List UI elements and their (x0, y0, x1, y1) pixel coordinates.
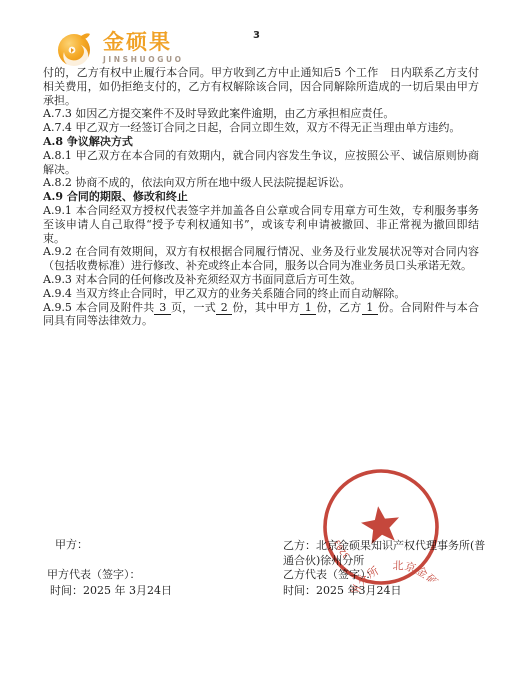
company-logo: 金硕果 JINSHUOGUO (55, 28, 184, 68)
paragraph: 付的，乙方有权中止履行本合同。甲方收到乙方中止通知后5 个工作 日内联系乙方支付… (43, 66, 479, 107)
paragraph: A.7.4 甲乙双方一经签订合同之日起，合同立即生效，双方不得无正当理由单方违约… (43, 121, 479, 135)
paragraph: A.8.2 协商不成的，依法向双方所在地中级人民法院提起诉讼。 (43, 176, 479, 190)
paragraph: A.9.3 对本合同的任何修改及补充须经双方书面同意后方可生效。 (43, 273, 479, 287)
paragraph: A.9.4 当双方终止合同时，甲乙双方的业务关系随合同的终止而自动解除。 (43, 287, 479, 301)
paragraph: A.9.2 在合同有效期间，双方有权根据合同履行情况、业务及行业发展状况等对合同… (43, 245, 479, 273)
paragraph: A.8.1 甲乙双方在本合同的有效期内，就合同内容发生争议，应按照公平、诚信原则… (43, 149, 479, 177)
paragraph: A.8 争议解决方式 (43, 135, 479, 149)
paragraph: A.9.5 本合同及附件共 3 页，一式 2 份，其中甲方 1 份，乙方 1 份… (43, 301, 479, 329)
logo-name-cn: 金硕果 (103, 32, 184, 53)
body-text: 付的，乙方有权中止履行本合同。甲方收到乙方中止通知后5 个工作 日内联系乙方支付… (43, 66, 479, 328)
party-a-label: 甲方： (55, 536, 88, 552)
paragraph: A.9.1 本合同经双方授权代表签字并加盖各自公章或合同专用章方可生效，专利服务… (43, 204, 479, 245)
company-seal-stamp: 北京金硕果知识产权代理事务所(普通合伙)徐州分所 3203 (312, 458, 450, 596)
golden-fruit-logo-icon (55, 28, 95, 68)
paragraph: A.9 合同的期限、修改和终止 (43, 190, 479, 204)
party-a-representative: 甲方代表（签字）： (47, 566, 141, 582)
party-a-date: 时间：2025 年 3月24日 (50, 582, 172, 598)
paragraph: A.7.3 如因乙方提交案件不及时导致此案件逾期，由乙方承担相应责任。 (43, 107, 479, 121)
seal-star-icon (359, 504, 402, 546)
contract-page: 金硕果 JINSHUOGUO 3 付的，乙方有权中止履行本合同。甲方收到乙方中止… (0, 0, 523, 677)
page-number: 3 (253, 30, 260, 41)
logo-name-en: JINSHUOGUO (103, 56, 184, 64)
